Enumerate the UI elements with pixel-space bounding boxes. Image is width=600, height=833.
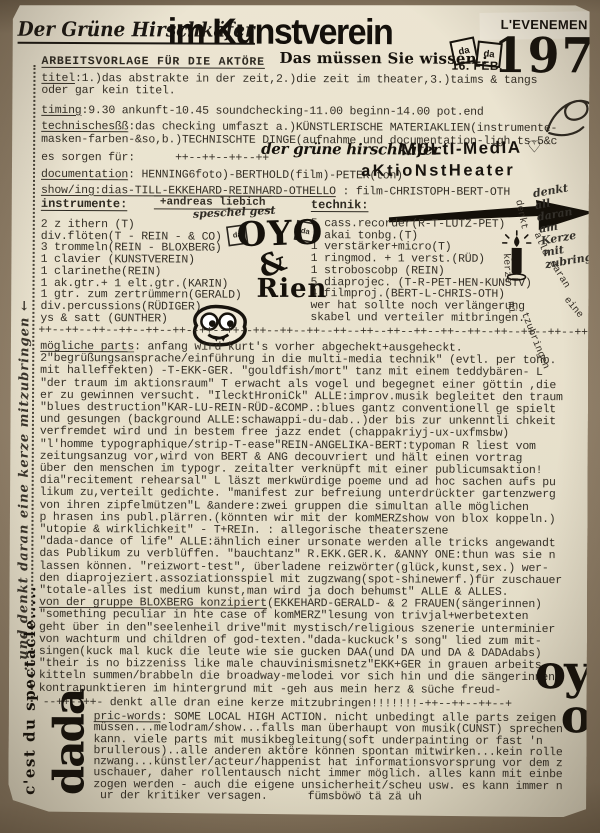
heart-icon: ♡	[527, 139, 543, 156]
parts-section: mögliche parts: anfang wird kurt's vorhe…	[39, 341, 563, 697]
poster-photo: Der Grüne Hirschkäfer im Kunstverein da …	[0, 0, 600, 833]
typed-line: oder gar kein titel.	[41, 85, 557, 100]
cest-du-spectacle-note: c'est du spectacle.....	[20, 605, 39, 795]
aktionstheater-stamp: aKtioNstHeater	[361, 161, 515, 181]
paper-sheet: Der Grüne Hirschkäfer im Kunstverein da …	[8, 3, 590, 818]
plus-divider: ++--++--++--++--++--++--++--++--++--++--…	[38, 325, 589, 340]
multimedia-stamp: MULtI-MedIA ♡	[401, 137, 543, 160]
typed-line: timing:9.30 ankunft-10.45 soundchecking-…	[41, 105, 557, 120]
kerze-reminder-line: --++--++- denkt alle dran eine kerze mit…	[43, 697, 512, 711]
pric-words-section: pric-words: SOME LOCAL HIGH ACTION. nich…	[93, 711, 562, 803]
worksheet-title: ARBEITSVORLAGE FÜR DIE AKTÖRE	[41, 55, 264, 69]
dada-stamp: dada	[44, 690, 93, 795]
right-hand-note: denkt alldaran amKerze mitzubringe	[532, 179, 590, 271]
spiral-word: mi	[505, 301, 517, 314]
column-header-technik: technik:	[311, 198, 369, 212]
rien-stamp: Rien	[256, 274, 327, 304]
typed-line: kontrapunktieren im hintergrund mit -geh…	[39, 683, 562, 697]
brand-main-title: im Kunstverein	[168, 11, 393, 53]
spiral-word: eine	[561, 295, 585, 320]
oyo-corner-stamp: o	[561, 689, 590, 744]
technik-item: skabel und verteiler mitbringen.	[310, 312, 531, 325]
spiral-word: kerze	[500, 253, 513, 284]
spiral-note: denktalledaraneinekerzemitzubringen	[12, 3, 590, 6]
column-header-instrumente: instrumente:	[41, 197, 127, 211]
